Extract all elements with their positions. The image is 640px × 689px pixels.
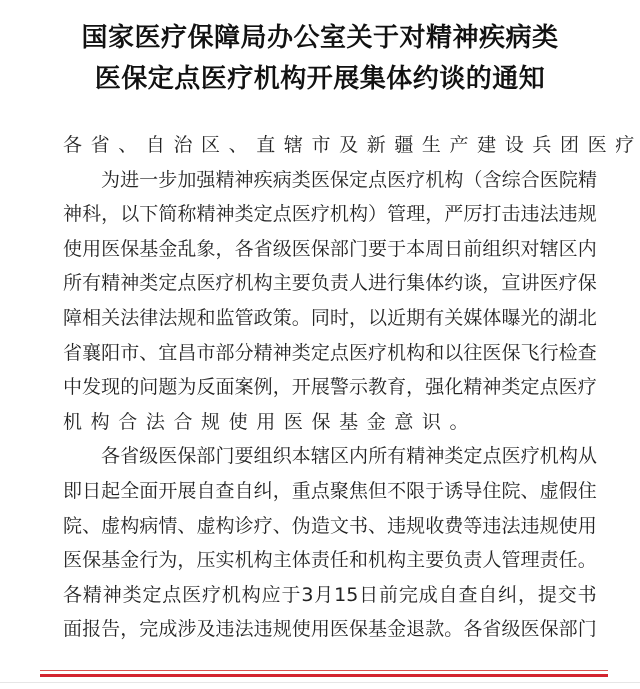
page-edge-divider <box>0 682 640 683</box>
body-text-line: 中发现的问题为反面案例，开展警示教育，强化精神类定点医疗 <box>63 370 597 404</box>
body-text-line: 神科，以下简称精神类定点医疗机构）管理，严厉打击违法违规 <box>63 197 597 231</box>
red-rule-thick <box>40 674 608 677</box>
body-text-line: 所有精神类定点医疗机构主要负责人进行集体约谈，宣讲医疗保 <box>63 266 597 300</box>
red-rule-thin <box>40 670 608 671</box>
body-text-line: 机构合法合规使用医保基金意识。 <box>63 405 597 439</box>
body-text-line: 障相关法律法规和监管政策。同时，以近期有关媒体曝光的湖北 <box>63 301 597 335</box>
body-text-line: 面报告，完成涉及违法违规使用医保基金退款。各省级医保部门 <box>63 612 597 646</box>
body-text-line: 医保基金行为，压实机构主体责任和机构主要负责人管理责任。 <box>63 543 597 577</box>
addressee-line: 各省、自治区、直辖市及新疆生产建设兵团医疗保障局： <box>63 128 597 162</box>
body-text-line: 院、虚构病情、虚构诊疗、伪造文书、违规收费等违法违规使用 <box>63 509 597 543</box>
body-text-line: 为进一步加强精神疾病类医保定点医疗机构（含综合医院精 <box>101 163 597 197</box>
body-text-line: 即日起全面开展自查自纠，重点聚焦但不限于诱导住院、虚假住 <box>63 474 597 508</box>
body-text-line: 各精神类定点医疗机构应于3月15日前完成自查自纠，提交书 <box>63 578 597 612</box>
document-title-line-1: 国家医疗保障局办公室关于对精神疾病类 <box>0 17 640 54</box>
body-text-line: 各省级医保部门要组织本辖区内所有精神类定点医疗机构从 <box>101 439 597 473</box>
body-text-line: 使用医保基金乱象，各省级医保部门要于本周日前组织对辖区内 <box>63 232 597 266</box>
document-title-line-2: 医保定点医疗机构开展集体约谈的通知 <box>0 58 640 95</box>
body-text-line: 省襄阳市、宜昌市部分精神类定点医疗机构和以往医保飞行检查 <box>63 336 597 370</box>
